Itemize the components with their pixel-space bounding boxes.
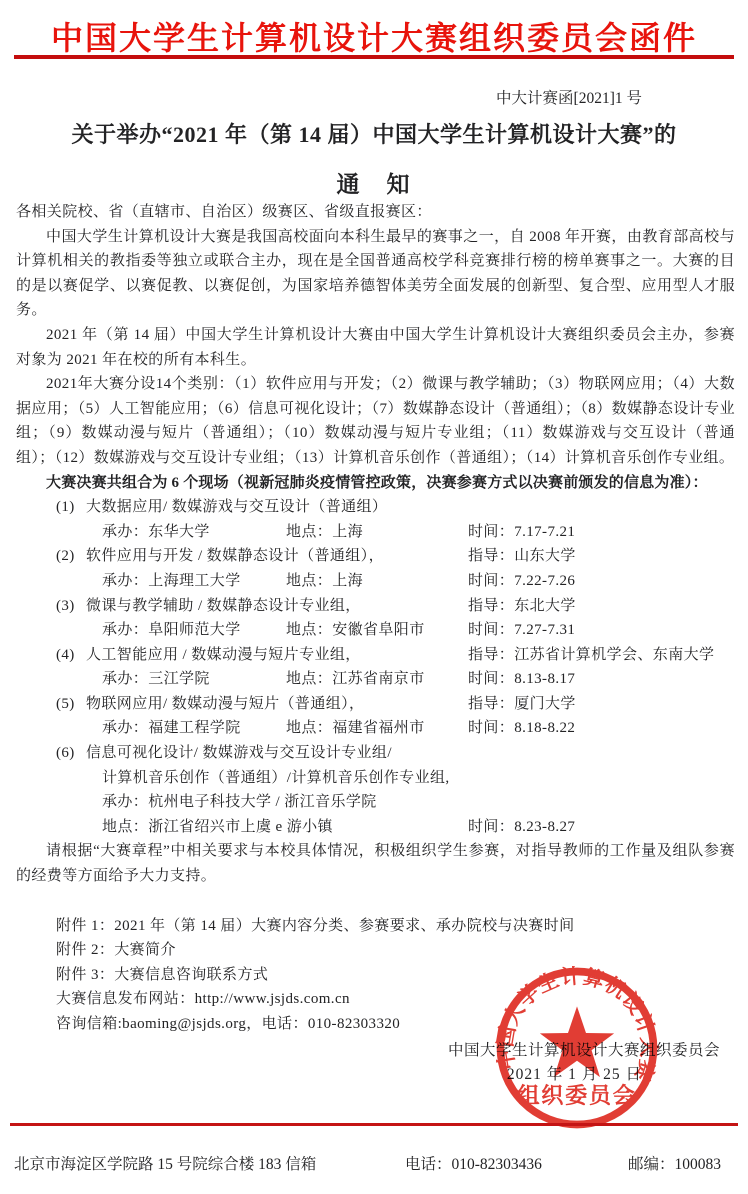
venue-title: 微课与教学辅助 / 数媒静态设计专业组，: [86, 594, 361, 619]
venue-host: 承办：东华大学: [102, 520, 210, 545]
venue-title: 大数据应用/ 数媒游戏与交互设计（普通组）: [86, 495, 387, 520]
venue-host: 承办：杭州电子科技大学 / 浙江音乐学院: [102, 790, 377, 815]
contest-website: 大赛信息发布网站：http://www.jsjds.com.cn: [56, 987, 735, 1012]
venue-title: 人工智能应用 / 数媒动漫与短片专业组，: [86, 643, 361, 668]
venue-time: 时间：8.23-8.27: [468, 815, 575, 840]
footer-divider: [10, 1123, 738, 1126]
document-title-line2: 通 知: [0, 166, 748, 199]
salutation: 各相关院校、省（直辖市、自治区）级赛区、省级直报赛区：: [16, 200, 735, 225]
venue-item-1: (1) 大数据应用/ 数媒游戏与交互设计（普通组） 承办：东华大学 地点：上海 …: [56, 495, 735, 544]
paragraph-closing: 请根据“大赛章程”中相关要求与本校具体情况，积极组织学生参赛，对指导教师的工作量…: [16, 839, 735, 888]
venue-number: (1): [56, 495, 75, 520]
venue-list: (1) 大数据应用/ 数媒游戏与交互设计（普通组） 承办：东华大学 地点：上海 …: [56, 495, 735, 839]
venue-time: 时间：7.22-7.26: [468, 569, 575, 594]
venue-host: 承办：阜阳师范大学: [102, 618, 241, 643]
venue-director: 指导：江苏省计算机学会、东南大学: [468, 643, 714, 668]
venue-director: 指导：山东大学: [468, 544, 576, 569]
venue-host: 承办：三江学院: [102, 667, 210, 692]
attachment-3: 附件 3：大赛信息咨询联系方式: [56, 963, 735, 988]
venue-location: 地点：浙江省绍兴市上虞 e 游小镇: [102, 815, 333, 840]
attachment-list: 附件 1：2021 年（第 14 届）大赛内容分类、参赛要求、承办院校与决赛时间…: [56, 914, 735, 1037]
venue-time: 时间：8.18-8.22: [468, 716, 575, 741]
venue-time: 时间：7.17-7.21: [468, 520, 575, 545]
venue-item-5: (5) 物联网应用/ 数媒动漫与短片（普通组）， 指导：厦门大学 承办：福建工程…: [56, 692, 735, 741]
venue-time: 时间：7.27-7.31: [468, 618, 575, 643]
letterhead-divider: [14, 55, 734, 59]
document-body: 各相关院校、省（直辖市、自治区）级赛区、省级直报赛区： 中国大学生计算机设计大赛…: [16, 200, 735, 1037]
attachment-1: 附件 1：2021 年（第 14 届）大赛内容分类、参赛要求、承办院校与决赛时间: [56, 914, 735, 939]
venue-title: 软件应用与开发 / 数媒静态设计（普通组），: [86, 544, 384, 569]
attachment-2: 附件 2：大赛简介: [56, 938, 735, 963]
venue-title-cont: 计算机音乐创作（普通组）/计算机音乐创作专业组,: [102, 766, 450, 791]
venue-director: 指导：东北大学: [468, 594, 576, 619]
footer-postcode: 邮编：100083: [628, 1152, 721, 1174]
reference-number: 中大计赛函[2021]1 号: [496, 86, 642, 108]
venue-time: 时间：8.13-8.17: [468, 667, 575, 692]
venue-title: 物联网应用/ 数媒动漫与短片（普通组），: [86, 692, 364, 717]
venue-director: 指导：厦门大学: [468, 692, 576, 717]
venue-number: (4): [56, 643, 75, 668]
venue-location: 地点：上海: [286, 520, 363, 545]
venue-item-4: (4) 人工智能应用 / 数媒动漫与短片专业组， 指导：江苏省计算机学会、东南大…: [56, 643, 735, 692]
venue-number: (5): [56, 692, 75, 717]
venue-location: 地点：福建省福州市: [286, 716, 425, 741]
footer-address: 北京市海淀区学院路 15 号院综合楼 183 信箱: [14, 1152, 316, 1174]
venue-host: 承办：上海理工大学: [102, 569, 241, 594]
paragraph-host: 2021 年（第 14 届）中国大学生计算机设计大赛由中国大学生计算机设计大赛组…: [16, 323, 735, 372]
paragraph-finals-note: 大赛决赛共组合为 6 个现场（视新冠肺炎疫情管控政策，决赛参赛方式以决赛前颁发的…: [16, 471, 735, 496]
venue-location: 地点：安徽省阜阳市: [286, 618, 425, 643]
venue-number: (6): [56, 741, 75, 766]
venue-location: 地点：上海: [286, 569, 363, 594]
venue-number: (2): [56, 544, 75, 569]
seal-bottom-text: 组织委员会: [518, 1083, 637, 1108]
venue-location: 地点：江苏省南京市: [286, 667, 425, 692]
footer-phone: 电话：010-82303436: [405, 1152, 542, 1174]
venue-host: 承办：福建工程学院: [102, 716, 241, 741]
paragraph-intro: 中国大学生计算机设计大赛是我国高校面向本科生最早的赛事之一，自 2008 年开赛…: [16, 225, 735, 323]
paragraph-categories: 2021年大赛分设14个类别：（1）软件应用与开发；（2）微课与教学辅助；（3）…: [16, 372, 735, 470]
venue-item-3: (3) 微课与教学辅助 / 数媒静态设计专业组， 指导：东北大学 承办：阜阳师范…: [56, 594, 735, 643]
venue-item-6: (6) 信息可视化设计/ 数媒游戏与交互设计专业组/ 计算机音乐创作（普通组）/…: [56, 741, 735, 839]
contact-email-phone: 咨询信箱:baoming@jsjds.org，电话：010-82303320: [56, 1012, 735, 1037]
document-page: 中国大学生计算机设计大赛组织委员会函件 中大计赛函[2021]1 号 关于举办“…: [0, 0, 748, 1194]
venue-number: (3): [56, 594, 75, 619]
document-title-line1: 关于举办“2021 年（第 14 届）中国大学生计算机设计大赛”的: [0, 118, 748, 149]
letterhead-title: 中国大学生计算机设计大赛组织委员会函件: [0, 13, 748, 59]
signature-date: 2021 年 1 月 25 日: [507, 1062, 642, 1084]
venue-item-2: (2) 软件应用与开发 / 数媒静态设计（普通组）， 指导：山东大学 承办：上海…: [56, 544, 735, 593]
signature-organization: 中国大学生计算机设计大赛组织委员会: [448, 1038, 720, 1060]
venue-title: 信息可视化设计/ 数媒游戏与交互设计专业组/: [86, 741, 392, 766]
